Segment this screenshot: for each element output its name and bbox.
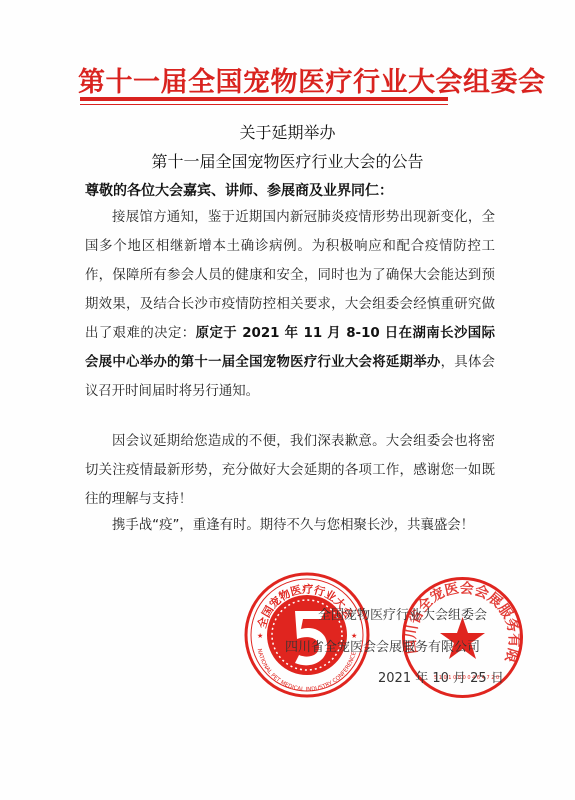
document-title-line-1: 关于延期举办	[0, 120, 575, 143]
document-title-line-2: 第十一届全国宠物医疗行业大会的公告	[0, 149, 575, 172]
signature-organizer: 全国宠物医疗行业大会组委会	[318, 604, 487, 623]
conference-seal-icon: 全国宠物医疗行业大会 NATIONAL PET MEDICAL INDUSTRY…	[243, 571, 371, 699]
paragraph-1-intro: 接展馆方通知，鉴于近期国内新冠肺炎疫情形势出现新变化，全国多个地区相继新增本土确…	[85, 210, 495, 341]
signature-company: 四川省全宠医会会展服务有限公司	[285, 636, 480, 655]
header-rule-thin	[80, 104, 448, 105]
svg-text:★: ★	[257, 632, 263, 640]
header-rule-thick	[80, 97, 448, 101]
paragraph-2: 因会议延期给您造成的不便，我们深表歉意。大会组委会也将密切关注疫情最新形势，充分…	[85, 427, 495, 514]
announcement-page: 第十一届全国宠物医疗行业大会组委会 关于延期举办 第十一届全国宠物医疗行业大会的…	[0, 0, 575, 800]
paragraph-3: 携手战“疫”，重逢有时。期待不久与您相聚长沙，共襄盛会！	[85, 511, 495, 540]
signature-date: 2021 年 10 月 25 日	[378, 667, 504, 686]
paragraph-1: 接展馆方通知，鉴于近期国内新冠肺炎疫情形势出现新变化，全国多个地区相继新增本土确…	[85, 203, 495, 406]
salutation: 尊敬的各位大会嘉宾、讲师、参展商及业界同仁：	[85, 180, 393, 200]
organization-header: 第十一届全国宠物医疗行业大会组委会	[78, 60, 498, 99]
